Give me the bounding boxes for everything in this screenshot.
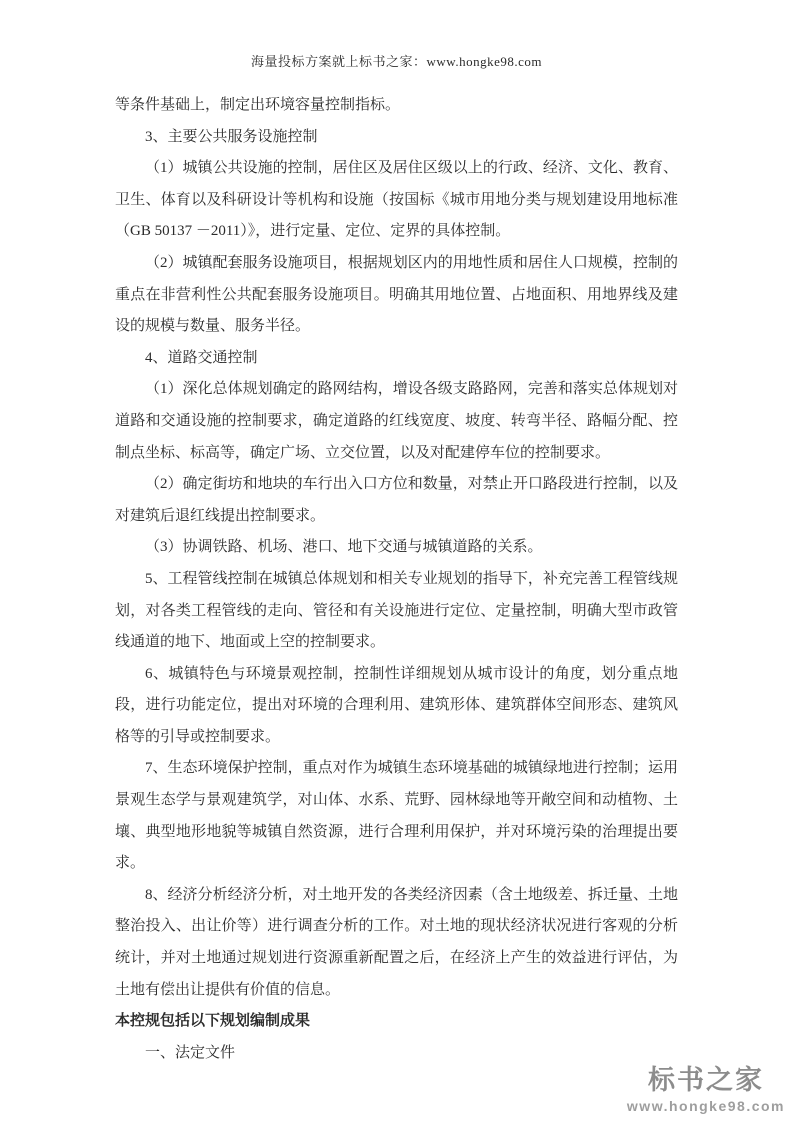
document-page: 海量投标方案就上标书之家：www.hongke98.com 等条件基础上，制定出… bbox=[0, 0, 793, 1122]
paragraph: 6、城镇特色与环境景观控制，控制性详细规划从城市设计的角度，划分重点地段，进行功… bbox=[115, 659, 678, 754]
paragraph: （1）深化总体规划确定的路网结构，增设各级支路路网，完善和落实总体规划对道路和交… bbox=[115, 374, 678, 469]
paragraph: 7、生态环境保护控制，重点对作为城镇生态环境基础的城镇绿地进行控制；运用景观生态… bbox=[115, 753, 678, 879]
paragraph: 本控规包括以下规划编制成果 bbox=[115, 1006, 678, 1038]
paragraph: 3、主要公共服务设施控制 bbox=[115, 122, 678, 154]
watermark-url: www.hongke98.com bbox=[627, 1098, 785, 1114]
paragraph: 一、法定文件 bbox=[115, 1038, 678, 1070]
paragraph: 8、经济分析经济分析，对土地开发的各类经济因素（含土地级差、拆迁量、土地整治投入… bbox=[115, 880, 678, 1006]
paragraph: （3）协调铁路、机场、港口、地下交通与城镇道路的关系。 bbox=[115, 532, 678, 564]
paragraph: 5、工程管线控制在城镇总体规划和相关专业规划的指导下，补充完善工程管线规划，对各… bbox=[115, 564, 678, 659]
watermark: 标书之家 www.hongke98.com bbox=[627, 1067, 785, 1114]
paragraph: （2）确定街坊和地块的车行出入口方位和数量，对禁止开口路段进行控制，以及对建筑后… bbox=[115, 469, 678, 532]
document-body: 等条件基础上，制定出环境容量控制指标。3、主要公共服务设施控制（1）城镇公共设施… bbox=[115, 90, 678, 1069]
paragraph: （1）城镇公共设施的控制，居住区及居住区级以上的行政、经济、文化、教育、卫生、体… bbox=[115, 153, 678, 248]
paragraph: （2）城镇配套服务设施项目，根据规划区内的用地性质和居住人口规模，控制的重点在非… bbox=[115, 248, 678, 343]
page-header-text: 海量投标方案就上标书之家：www.hongke98.com bbox=[0, 51, 793, 70]
watermark-logo-text: 标书之家 bbox=[627, 1067, 785, 1094]
paragraph: 4、道路交通控制 bbox=[115, 343, 678, 375]
paragraph: 等条件基础上，制定出环境容量控制指标。 bbox=[115, 90, 678, 122]
